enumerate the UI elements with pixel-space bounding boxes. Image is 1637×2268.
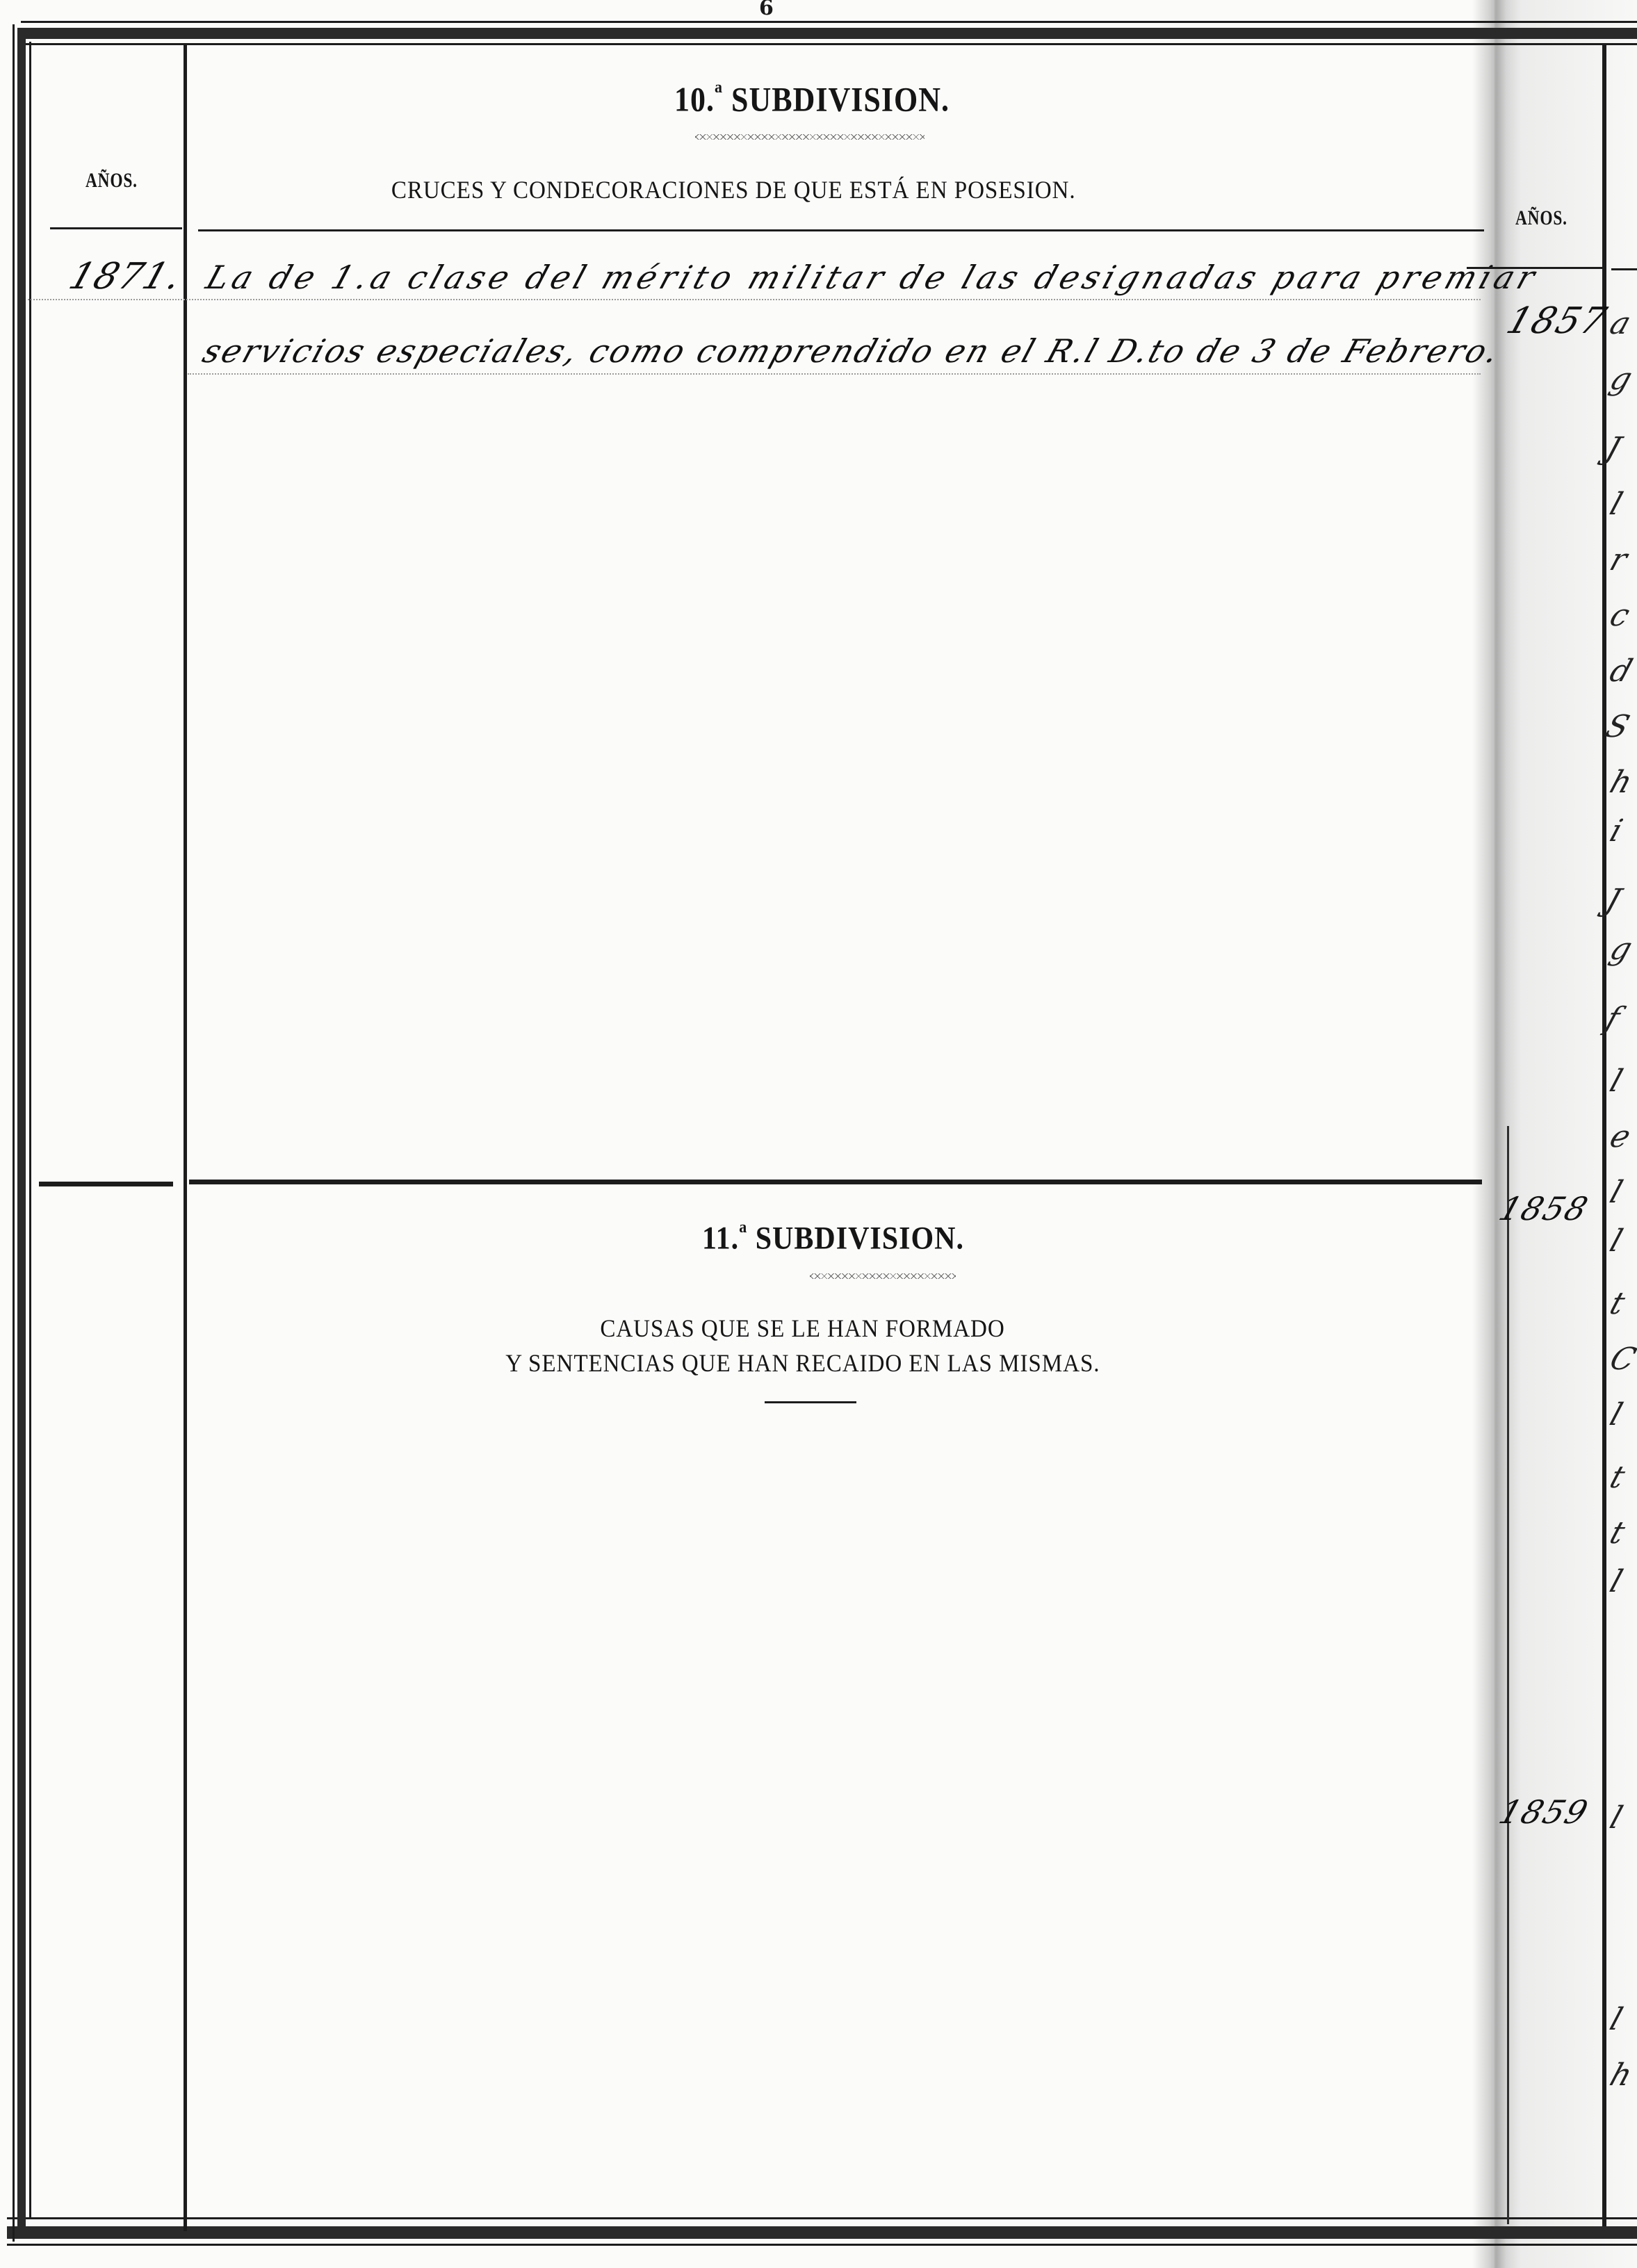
years-column-divider [184,45,187,2231]
right-header-rule [1467,267,1602,269]
right-header-rule-outer [1611,268,1637,270]
right-year-1857: 1857 [1501,300,1613,342]
section-11-title: 11.a SUBDIVISION. [702,1220,964,1257]
entry-year: 1871. [64,256,188,297]
right-page-left-line [1507,1126,1509,2224]
page-number: 6 [759,0,774,20]
section-11-subheading-line-1: CAUSAS QUE SE LE HAN FORMADO [600,1314,1004,1343]
entry-text-line-2: servicios especiales, como comprendido e… [198,332,1506,370]
years-column-header: AÑOS. [85,169,138,193]
section-10-subheading: CRUCES Y CONDECORACIONES DE QUE ESTÁ EN … [391,175,1076,204]
section-11-subheading-line-2: Y SENTENCIAS QUE HAN RECAIDO EN LAS MISM… [505,1348,1100,1378]
section-11-wavy-rule [810,1273,956,1279]
section-11-short-rule [765,1401,856,1403]
right-year-1858: 1858 [1495,1190,1594,1227]
guide-line-2 [188,373,1481,375]
right-page-years-divider [1602,44,1606,2226]
guide-line-1 [28,299,1481,300]
entry-text-line-1: La de 1.a clase del mérito militar de la… [202,259,1544,296]
section-10-title: 10.a SUBDIVISION. [674,80,950,120]
header-rule-content [198,229,1484,231]
right-year-1859: 1859 [1495,1793,1594,1831]
header-rule-years [50,227,182,229]
section-10-wavy-rule [695,134,925,140]
right-years-column-header: AÑOS. [1515,206,1567,230]
